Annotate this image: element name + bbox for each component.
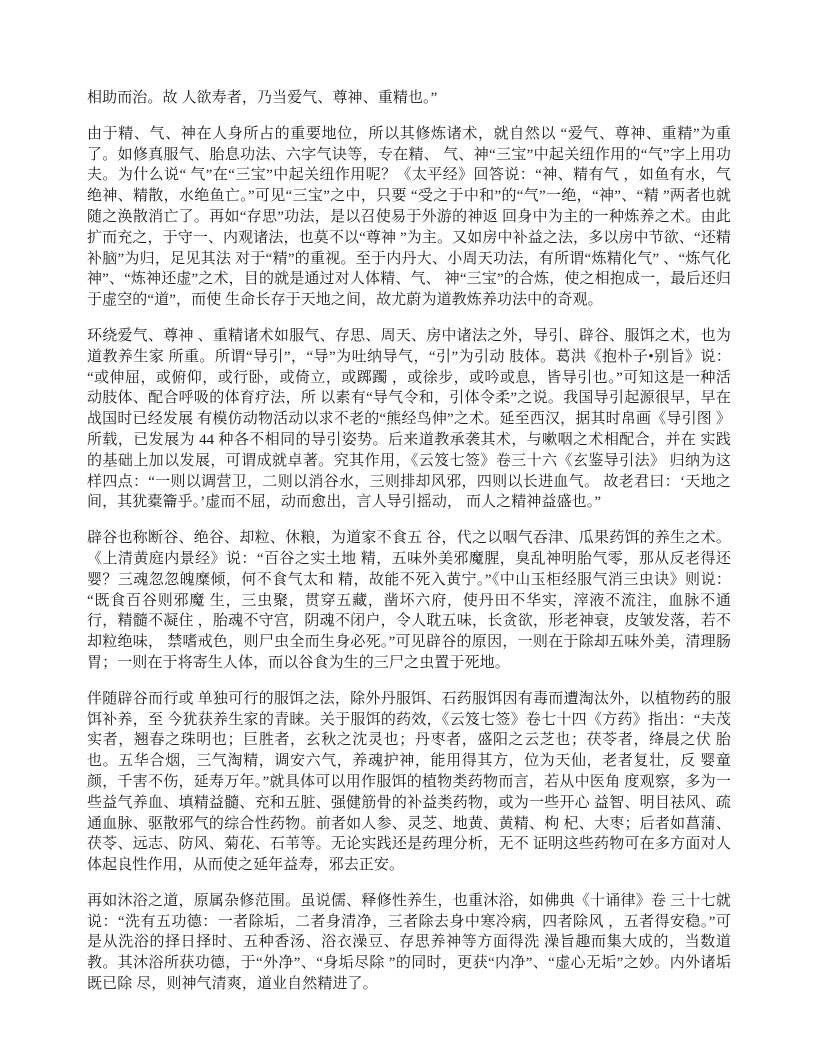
paragraph: 伴随辟谷而行或 单独可行的服饵之法，除外丹服饵、石药服饵因有毒而遭淘汰外，以植物…: [87, 689, 731, 876]
paragraph: 再如沐浴之道，原属杂修范围。虽说儒、释修性养生，也重沐浴，如佛典《十诵律》卷 三…: [87, 891, 731, 995]
paragraph: 由于精、气、神在人身所占的重要地位，所以其修炼诸术，就自然以 “爱气、尊神、重精…: [87, 124, 731, 311]
paragraph: 环绕爱气、尊神 、重精诸术如服气、存思、周天、房中诸法之外，导引、辟谷、服饵之术…: [87, 326, 731, 513]
paragraph: 相助而治。故 人欲寿者，乃当爱气、尊神、重精也。”: [87, 88, 731, 109]
paragraph: 辟谷也称断谷、绝谷、却粒、休粮，为道家不食五 谷，代之以咽气吞津、瓜果药饵的养生…: [87, 528, 731, 674]
document-page: 相助而治。故 人欲寿者，乃当爱气、尊神、重精也。” 由于精、气、神在人身所占的重…: [0, 0, 816, 1056]
